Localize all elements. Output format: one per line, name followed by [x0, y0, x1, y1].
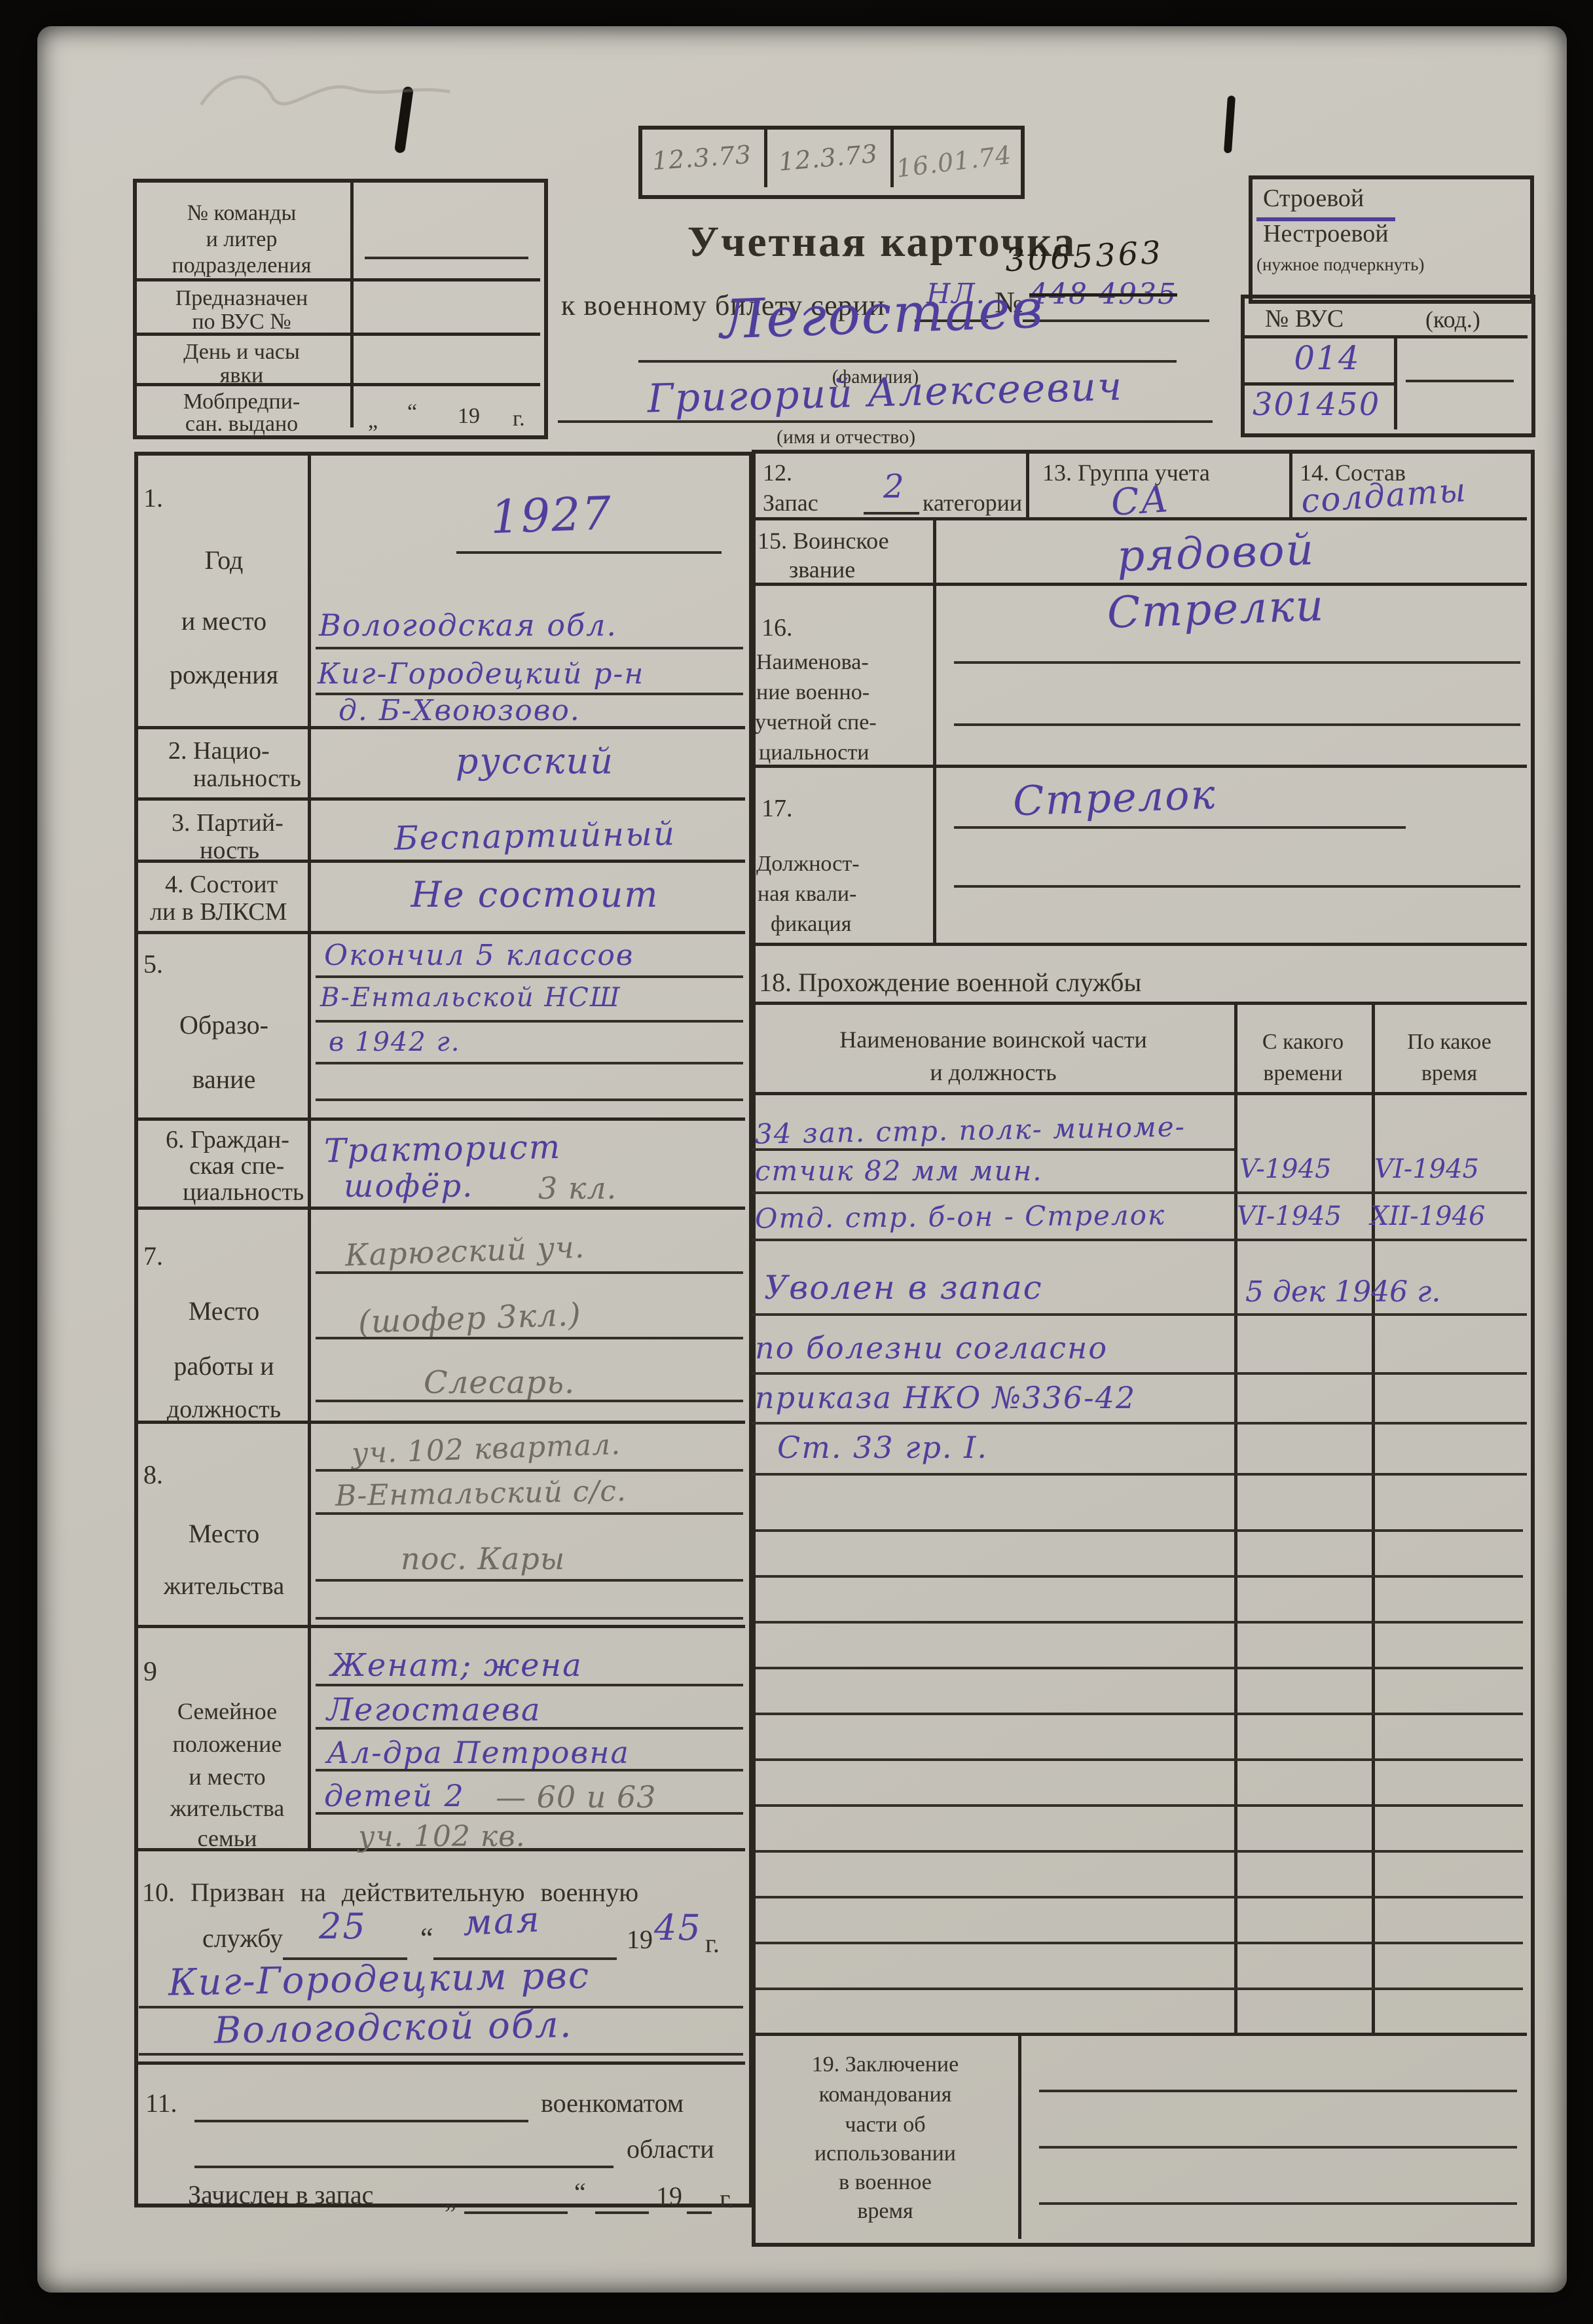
f18-title: 18. Прохождение военной службы [759, 969, 1141, 996]
stamp-divider [890, 130, 894, 187]
divider-15-17-label [933, 517, 936, 943]
f7-underline [316, 1400, 743, 1402]
f1-label-3: рождения [149, 661, 299, 689]
pencil-scribble [188, 52, 463, 131]
given-name-underline [558, 420, 1213, 423]
f9-label-5: семьи [149, 1826, 306, 1851]
f17-label-3: фикация [771, 913, 851, 936]
f2-label-2: нальность [193, 766, 301, 792]
f1-birth-district: Киг-Городецкий р-н [318, 660, 644, 689]
f9-underline [316, 1812, 743, 1815]
row-line-f5-f6 [134, 1117, 745, 1121]
f11-underline [194, 2120, 528, 2122]
f3-label-1: 3. Партий- [172, 810, 284, 837]
f9-family-2: Легостаева [327, 1694, 541, 1726]
f5-education-2: В-Ентальской НСШ [320, 985, 621, 1011]
f18-col1-header-1: Наименование воинской части [764, 1028, 1222, 1053]
f17-num: 17. [761, 796, 793, 822]
f10-quote: “ [420, 1923, 433, 1953]
f11-underline [687, 2211, 712, 2214]
f15-label-1: 15. Воинское [758, 529, 889, 554]
f2-nationality-value: русский [345, 744, 725, 779]
f11-oblast: области [627, 2135, 714, 2163]
f11-quote-open: „ [445, 2185, 456, 2213]
tl-r4-quote-open: „ [368, 409, 378, 433]
f19-label-5: в военное [758, 2171, 1013, 2194]
tl-r3-line2: явки [139, 364, 344, 388]
f7-num: 7. [143, 1243, 163, 1270]
f8-label-1: Место [149, 1520, 299, 1548]
f5-num: 5. [143, 951, 163, 978]
f2-label-1: 2. Нацио- [168, 738, 270, 765]
f18-discharge-4: Ст. 33 гр. I. [777, 1432, 988, 1462]
f18-discharge-2: по болезни согласно [755, 1333, 1108, 1363]
f10-g: г. [705, 1930, 720, 1957]
f10-printed-line1: 10. Призван на действительную военную [142, 1879, 638, 1906]
given-name-handwritten: Григорий Алексеевич [554, 365, 1216, 421]
f7-workplace-2: (шофер 3кл.) [357, 1299, 581, 1338]
vus-blank-underline [1406, 380, 1514, 382]
f5-education-1: Окончил 5 классов [324, 941, 634, 970]
f6-label-3: циальность [183, 1180, 304, 1206]
nestroevoy-label: Нестроевой [1263, 221, 1389, 247]
f5-underline [316, 1020, 743, 1023]
divider-13-14 [1289, 450, 1292, 517]
tl-r2-line2: по ВУС № [139, 310, 344, 334]
f4-label-1: 4. Состоит [165, 872, 278, 898]
f18-row2-unit: Отд. стр. б-он - Стрелок [755, 1201, 1165, 1232]
f11-underline [464, 2211, 568, 2214]
tl-r4-line1: Мобпредпи- [139, 390, 344, 414]
f18-discharge-date: 5 дек 1946 г. [1245, 1278, 1440, 1307]
f11-g: г. [720, 2185, 734, 2213]
f18-row1-unit-2: стчик 82 мм мин. [755, 1157, 1043, 1185]
vus-row-line [1245, 382, 1394, 386]
f8-num: 8. [143, 1461, 163, 1489]
f9-family-1: Женат; жена [331, 1650, 583, 1681]
f18-discharge-3: приказа НКО №336-42 [755, 1383, 1136, 1413]
mobilization-row-line [133, 278, 540, 281]
f10-day: 25 [319, 1909, 367, 1944]
divider-19-label [1018, 2033, 1021, 2239]
f8-underline [316, 1469, 743, 1472]
row-line-16-17 [752, 765, 1527, 768]
f1-birth-village: д. Б-Хвоюзово. [339, 697, 581, 725]
tl-r3-line1: День и часы [139, 340, 344, 364]
f9-underline [316, 1769, 743, 1771]
f9-underline [316, 1684, 743, 1686]
f4-label-2: ли в ВЛКСМ [150, 899, 287, 926]
row-line-18-19 [752, 2033, 1527, 2036]
f19-label-3: части об [758, 2113, 1013, 2137]
f12-category-value: 2 [883, 470, 906, 503]
f12-kategorii: категории [923, 491, 1022, 516]
f3-label-2: ность [200, 838, 259, 864]
row-line-17-18 [752, 943, 1527, 946]
f7-workplace-3: Слесарь. [424, 1367, 575, 1398]
f16-label-1: Наименова- [756, 651, 869, 674]
f11-year: 19 [656, 2183, 682, 2210]
f18-underline [752, 1148, 1234, 1151]
f18-underline [752, 1473, 1527, 1476]
f17-label-1: Должност- [756, 852, 860, 876]
f9-label-3: и место [149, 1765, 306, 1790]
f6-label-1: 6. Граждан- [166, 1127, 289, 1153]
f13-group-value: СА [1110, 481, 1171, 522]
row-line-f8-f9 [134, 1625, 745, 1628]
f8-residence-3: пос. Кары [401, 1544, 565, 1574]
vus-code-header: (код.) [1425, 308, 1480, 333]
tl-r1-line1: № команды [139, 202, 344, 225]
f9-label-2: положение [149, 1732, 306, 1757]
f16-label-3: учетной спе- [755, 711, 877, 735]
f10-year-printed: 19 [627, 1926, 653, 1953]
f7-underline [316, 1271, 743, 1274]
f8-label-2: жительства [142, 1574, 306, 1600]
serial-number-corrected: 3065363 [1004, 237, 1164, 277]
f18-discharge-1: Уволен в запас [764, 1271, 1043, 1304]
f19-label-6: время [758, 2200, 1013, 2223]
f10-month: мая [462, 1902, 541, 1941]
f12-num: 12. [763, 461, 792, 486]
given-name-caption: (имя и отчество) [744, 427, 947, 448]
f9-label-4: жительства [149, 1796, 306, 1821]
vus-header-line [1241, 335, 1528, 338]
f17-underline [954, 826, 1406, 829]
f6-label-2: ская спе- [189, 1153, 284, 1180]
divider-12-13 [1026, 450, 1029, 517]
f15-label-2: звание [789, 558, 855, 583]
tl-r4-quote-close: “ [407, 401, 417, 424]
f6-specialty-1: Тракторист [324, 1131, 562, 1167]
f18-row1-unit-1: 34 зап. стр. полк- миноме- [755, 1113, 1186, 1148]
f18-row2-from: VI-1945 [1237, 1203, 1342, 1229]
f18-row2-to: XII-1946 [1370, 1203, 1485, 1229]
f1-num: 1. [143, 484, 163, 512]
row-line-f10-f11 [134, 2061, 745, 2065]
mobilization-box-divider [350, 183, 354, 427]
f5-underline [316, 1098, 743, 1101]
f1-label-1: Год [149, 547, 299, 574]
f18-row1-from: V-1945 [1239, 1156, 1332, 1182]
f18-col2-header-2: времени [1238, 1062, 1368, 1085]
left-table-label-divider [308, 452, 311, 1848]
f11-zachislen: Зачислен в запас [188, 2181, 373, 2209]
f18-underline [752, 1422, 1527, 1425]
f10-underline [139, 2053, 743, 2056]
f1-birth-region: Вологодская обл. [319, 610, 617, 640]
f9-label-1: Семейное [149, 1699, 306, 1724]
f17-qualification-value: Стрелок [1012, 774, 1217, 822]
blank-underline [365, 257, 528, 259]
f6-specialty-class: 3 кл. [538, 1173, 617, 1203]
f18-underline [752, 1191, 1527, 1194]
f17-underline [954, 885, 1520, 888]
f8-residence-2: В-Ентальский с/с. [335, 1477, 627, 1511]
f8-underline [316, 1579, 743, 1582]
f10-sluzhbu: службу [202, 1925, 283, 1952]
f7-label-3: должность [149, 1397, 299, 1423]
f10-oblast: Вологодской обл. [214, 2006, 573, 2050]
f9-family-4b: — 60 и 63 [496, 1782, 657, 1812]
tl-r1-line2: и литер [139, 228, 344, 251]
f1-label-2: и место [149, 608, 299, 635]
f18-col2-header-1: С какого [1238, 1030, 1368, 1054]
row-line-f4-f5 [134, 931, 745, 934]
f9-family-5: уч. 102 кв. [358, 1823, 526, 1851]
f16-underline [954, 661, 1520, 664]
registration-card: 12.3.73 12.3.73 16.01.74 № команды и лит… [37, 26, 1567, 2293]
f5-label-2: вание [149, 1066, 299, 1093]
f18-col3-header-1: По какое [1376, 1030, 1523, 1054]
f18-underline [752, 1372, 1527, 1375]
f9-family-3: Ал-дра Петровна [327, 1737, 630, 1768]
f19-underline [1039, 2202, 1517, 2205]
f18-blank-lines [756, 1486, 1523, 2029]
vus-header: № ВУС [1265, 306, 1344, 333]
f12-zapas: Запас [763, 491, 818, 516]
f18-underline [752, 1313, 1527, 1316]
f9-num: 9 [143, 1658, 157, 1686]
hole-punch-right [1224, 96, 1236, 154]
f1-underline [316, 647, 743, 649]
service-table-top [752, 1002, 1527, 1005]
f16-label-2: ние военно- [756, 681, 870, 704]
tl-r1-line3: подразделения [139, 254, 344, 278]
f18-underline [752, 1239, 1527, 1241]
f18-row1-to: VI-1945 [1374, 1156, 1479, 1182]
f8-underline [316, 1512, 743, 1515]
f9-family-4a: детей 2 [324, 1781, 465, 1811]
tl-r2-line1: Предназначен [139, 287, 344, 310]
row-line-f6-f7 [134, 1207, 745, 1210]
vus-number-value: 014 [1268, 342, 1386, 374]
tl-r4-line2: сан. выдано [139, 412, 344, 436]
f19-underline [1039, 2146, 1517, 2149]
f11-quote-close: “ [574, 2179, 586, 2206]
f5-education-3: в 1942 г. [329, 1029, 460, 1055]
f9-underline [316, 1727, 743, 1730]
surname-underline [638, 360, 1177, 363]
f7-underline [316, 1337, 743, 1339]
vus-number-value-2: 301450 [1253, 389, 1380, 420]
f16-num: 16. [761, 615, 793, 642]
f19-label-4: использовании [758, 2142, 1013, 2166]
f4-vlksm-value: Не состоит [332, 877, 738, 913]
f6-specialty-2: шофёр. [344, 1171, 473, 1202]
underline-needed-caption: (нужное подчеркнуть) [1256, 255, 1424, 274]
f19-label-2: командования [758, 2083, 1013, 2107]
f5-underline [316, 1062, 743, 1064]
f18-col3-header-2: время [1376, 1062, 1523, 1085]
f10-year-hand: 45 [654, 1910, 702, 1946]
f19-label-1: 19. Заключение [758, 2053, 1013, 2077]
f11-voenkom: военкоматом [541, 2090, 684, 2117]
tl-r4-g: г. [513, 407, 525, 431]
f18-col1-header-2: и должность [764, 1061, 1222, 1085]
service-table-header-line [752, 1092, 1527, 1095]
f7-workplace-1: Карюгский уч. [344, 1232, 585, 1271]
f5-underline [316, 975, 743, 978]
f12-underline [864, 512, 919, 515]
f7-label-1: Место [149, 1298, 299, 1325]
f5-label-1: Образо- [149, 1011, 299, 1039]
f11-underline [595, 2211, 649, 2214]
f11-underline [194, 2166, 613, 2168]
f11-num: 11. [145, 2090, 177, 2117]
stroevoy-label: Строевой [1263, 186, 1364, 212]
f10-rvk: Киг-Городецким рвс [168, 1957, 591, 2001]
f17-label-2: ная квали- [758, 882, 856, 906]
row-line-f2-f3 [134, 797, 745, 801]
stamp-divider [764, 130, 767, 187]
f1-birth-year: 1927 [430, 488, 673, 543]
f8-underline [316, 1617, 743, 1620]
vus-col-divider [1394, 335, 1397, 429]
tl-r4-year: 19 [458, 405, 480, 428]
scan-stage: 12.3.73 12.3.73 16.01.74 № команды и лит… [0, 0, 1593, 2324]
f7-label-2: работы и [149, 1353, 299, 1380]
f1-underline [456, 551, 722, 554]
f19-underline [1039, 2090, 1517, 2092]
f16-underline [954, 723, 1520, 726]
f16-label-4: циальности [759, 741, 869, 765]
